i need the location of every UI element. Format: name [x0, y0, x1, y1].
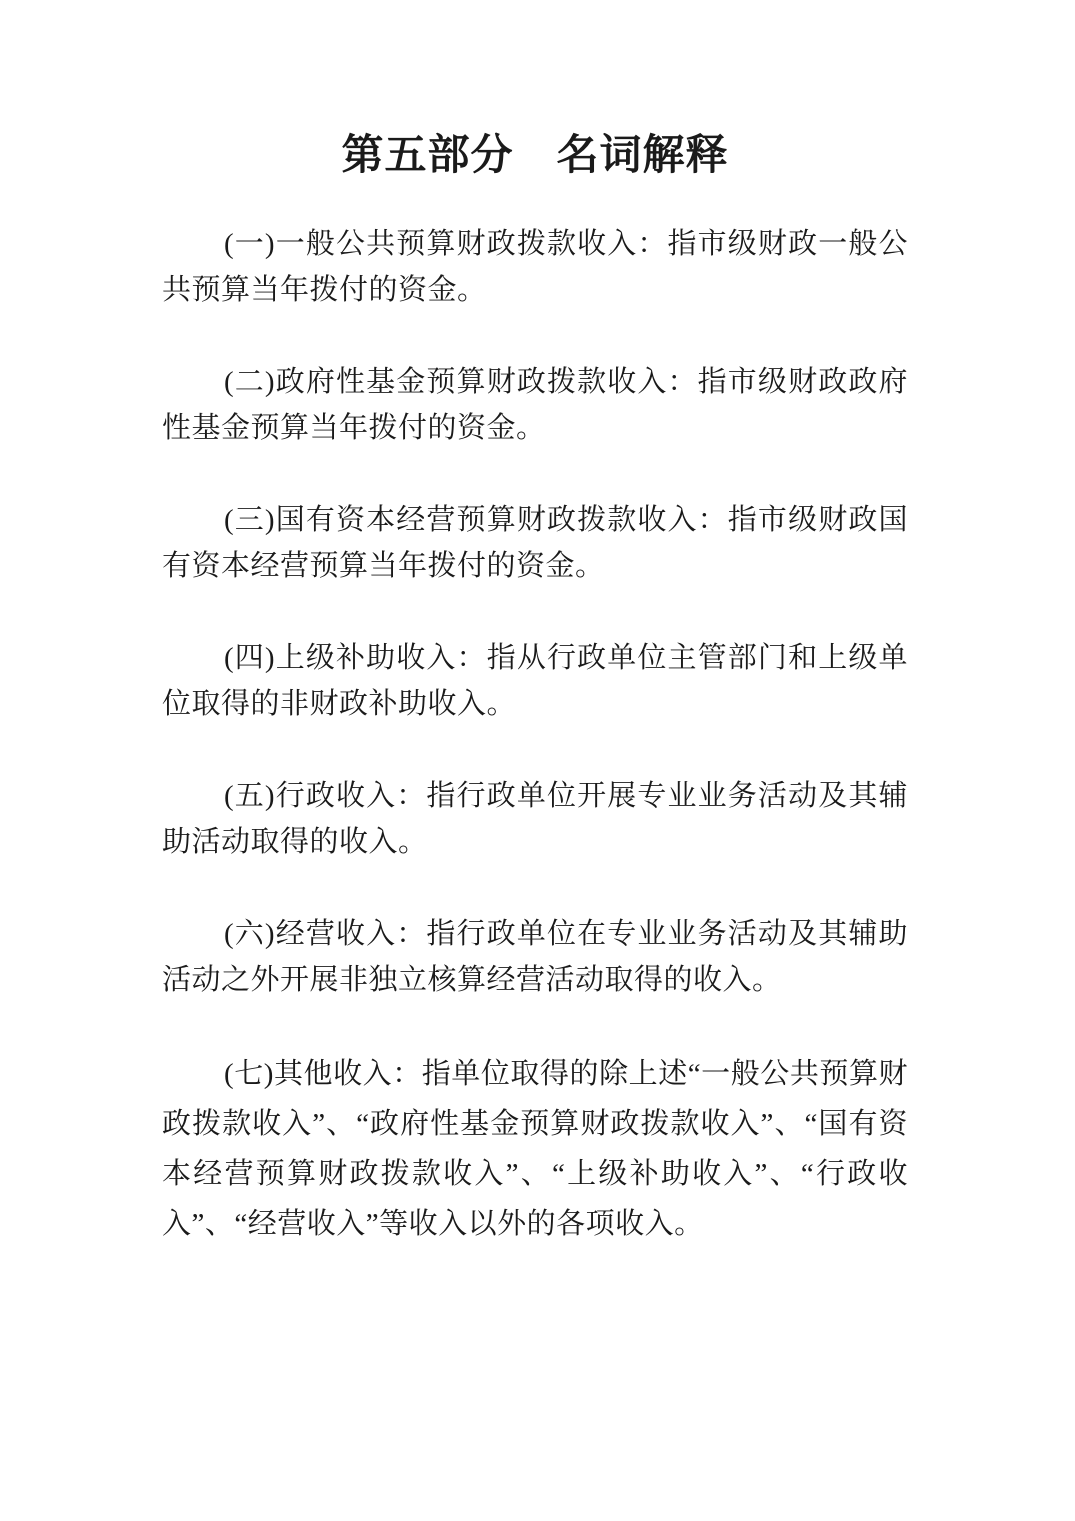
document-page: 第五部分 名词解释 (一)一般公共预算财政拨款收入：指市级财政一般公共预算当年拨…	[0, 0, 1075, 1521]
document-content: 第五部分 名词解释 (一)一般公共预算财政拨款收入：指市级财政一般公共预算当年拨…	[162, 128, 908, 1249]
definition-paragraph-3: (三)国有资本经营预算财政拨款收入：指市级财政国有资本经营预算当年拨付的资金。	[162, 497, 908, 589]
definition-paragraph-1: (一)一般公共预算财政拨款收入：指市级财政一般公共预算当年拨付的资金。	[162, 221, 908, 313]
section-title: 第五部分 名词解释	[162, 128, 908, 184]
definition-paragraph-4: (四)上级补助收入：指从行政单位主管部门和上级单位取得的非财政补助收入。	[162, 635, 908, 727]
definition-paragraph-6: (六)经营收入：指行政单位在专业业务活动及其辅助活动之外开展非独立核算经营活动取…	[162, 911, 908, 1003]
definition-paragraph-2: (二)政府性基金预算财政拨款收入：指市级财政政府性基金预算当年拨付的资金。	[162, 359, 908, 451]
definition-paragraph-7: (七)其他收入：指单位取得的除上述“一般公共预算财政拨款收入”、“政府性基金预算…	[162, 1049, 908, 1249]
definition-paragraph-5: (五)行政收入：指行政单位开展专业业务活动及其辅助活动取得的收入。	[162, 773, 908, 865]
